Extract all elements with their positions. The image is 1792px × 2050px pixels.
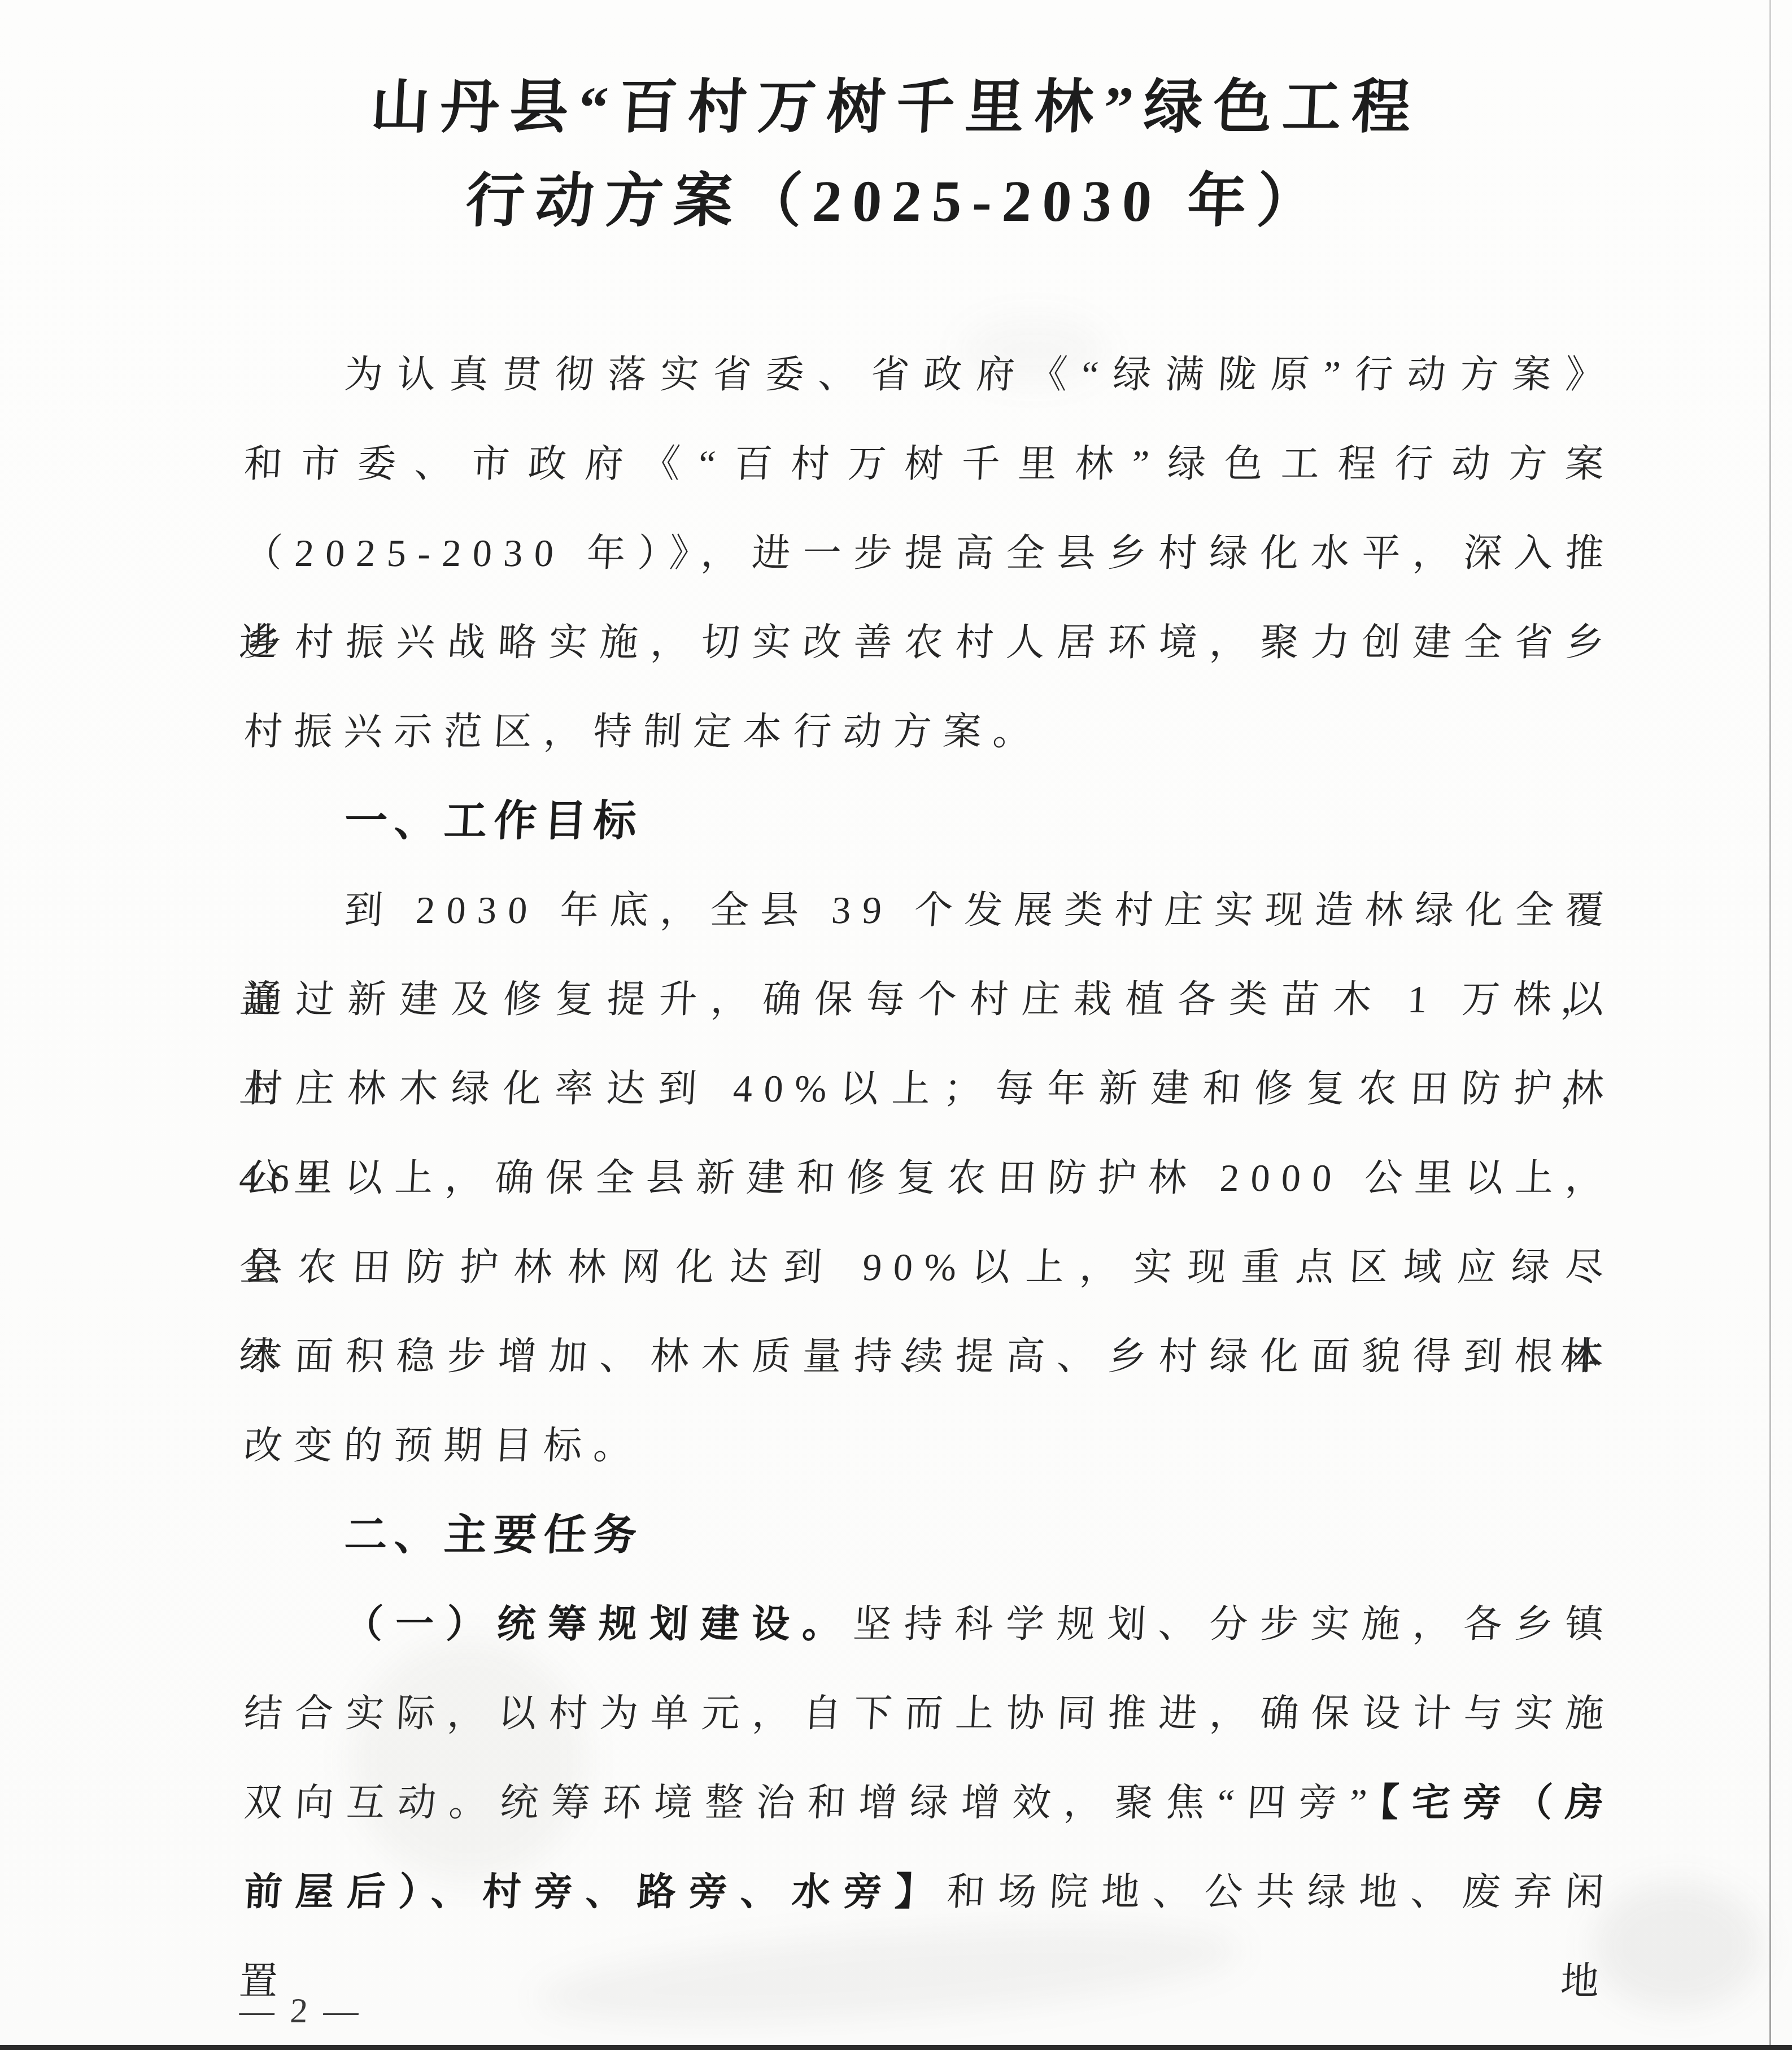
text-segment: 木面积稳步增加、林木质量持续提高、乡村绿化面貌得到根本 bbox=[243, 1335, 1616, 1378]
text-line: 结合实际，以村为单元，自下而上协同推进，确保设计与实施 bbox=[242, 1669, 1617, 1758]
text-segment: 双向互动。统筹环境整治和增绿增效，聚焦“四旁” bbox=[243, 1781, 1379, 1824]
text-line: 乡村振兴战略实施，切实改善农村人居环境，聚力创建全省乡 bbox=[242, 598, 1617, 687]
page-number: — 2 — bbox=[238, 1988, 363, 2034]
text-segment: 坚持科学规划、分步实施，各乡镇 bbox=[852, 1603, 1616, 1646]
text-line: 和市委、市政府《“百村万树千里林”绿色工程行动方案 bbox=[242, 419, 1617, 508]
section-heading: 一、工作目标 bbox=[242, 776, 1617, 865]
body-text: 为认真贯彻落实省委、省政府《“绿满陇原”行动方案》和市委、市政府《“百村万树千里… bbox=[244, 330, 1615, 1936]
scan-smudge-artifact bbox=[1593, 1881, 1762, 2011]
text-line: 为认真贯彻落实省委、省政府《“绿满陇原”行动方案》 bbox=[242, 330, 1617, 419]
document-title-line-2: 行动方案（2025-2030 年） bbox=[0, 155, 1792, 249]
text-segment: 村振兴示范区，特制定本行动方案。 bbox=[243, 710, 1044, 753]
scan-edge-line-bottom bbox=[0, 2045, 1792, 2050]
text-segment: 改变的预期目标。 bbox=[243, 1424, 644, 1467]
text-line: 村振兴示范区，特制定本行动方案。 bbox=[242, 687, 1617, 776]
text-line: 村庄林木绿化率达到 40%以上；每年新建和修复农田防护林 464 bbox=[242, 1044, 1617, 1133]
text-line: （一）统筹规划建设。坚持科学规划、分步实施，各乡镇 bbox=[242, 1579, 1617, 1669]
text-line: （2025-2030 年）》，进一步提高全县乡村绿化水平，深入推进 bbox=[242, 508, 1617, 598]
section-heading: 二、主要任务 bbox=[242, 1490, 1617, 1579]
text-line: 双向互动。统筹环境整治和增绿增效，聚焦“四旁”【宅旁（房 bbox=[242, 1758, 1617, 1847]
bold-text-segment: 二、主要任务 bbox=[343, 1509, 645, 1560]
text-line: 公里以上，确保全县新建和修复农田防护林 2000 公里以上，全 bbox=[242, 1133, 1617, 1222]
scanned-document-page: 山丹县“百村万树千里林”绿色工程 行动方案（2025-2030 年） 为认真贯彻… bbox=[0, 0, 1792, 2050]
bold-text-segment: 一、工作目标 bbox=[343, 795, 645, 846]
document-title: 山丹县“百村万树千里林”绿色工程 行动方案（2025-2030 年） bbox=[0, 61, 1792, 249]
text-line: 到 2030 年底，全县 39 个发展类村庄实现造林绿化全覆盖， bbox=[242, 865, 1617, 955]
text-line: 县农田防护林林网化达到 90%以上，实现重点区域应绿尽绿、林 bbox=[242, 1222, 1617, 1312]
scan-edge-line-right bbox=[1769, 0, 1771, 2050]
text-segment: 结合实际，以村为单元，自下而上协同推进，确保设计与实施 bbox=[243, 1692, 1616, 1735]
text-segment: 为认真贯彻落实省委、省政府《“绿满陇原”行动方案》 bbox=[343, 353, 1616, 396]
document-title-line-1: 山丹县“百村万树千里林”绿色工程 bbox=[0, 61, 1792, 155]
text-segment: 乡村振兴战略实施，切实改善农村人居环境，聚力创建全省乡 bbox=[243, 621, 1616, 664]
text-line: 木面积稳步增加、林木质量持续提高、乡村绿化面貌得到根本 bbox=[242, 1312, 1617, 1401]
text-line: 前屋后）、村旁、路旁、水旁】和场院地、公共绿地、废弃闲置地 bbox=[242, 1847, 1617, 1936]
text-segment: 和市委、市政府《“百村万树千里林”绿色工程行动方案 bbox=[243, 442, 1616, 485]
bold-text-segment: 前屋后）、村旁、路旁、水旁】 bbox=[243, 1870, 948, 1913]
text-line: 改变的预期目标。 bbox=[242, 1401, 1617, 1490]
bold-text-segment: （一）统筹规划建设。 bbox=[343, 1603, 854, 1646]
bold-text-segment: 【宅旁（房 bbox=[1377, 1781, 1616, 1824]
text-line: 通过新建及修复提升，确保每个村庄栽植各类苗木 1 万株以上， bbox=[242, 955, 1617, 1044]
